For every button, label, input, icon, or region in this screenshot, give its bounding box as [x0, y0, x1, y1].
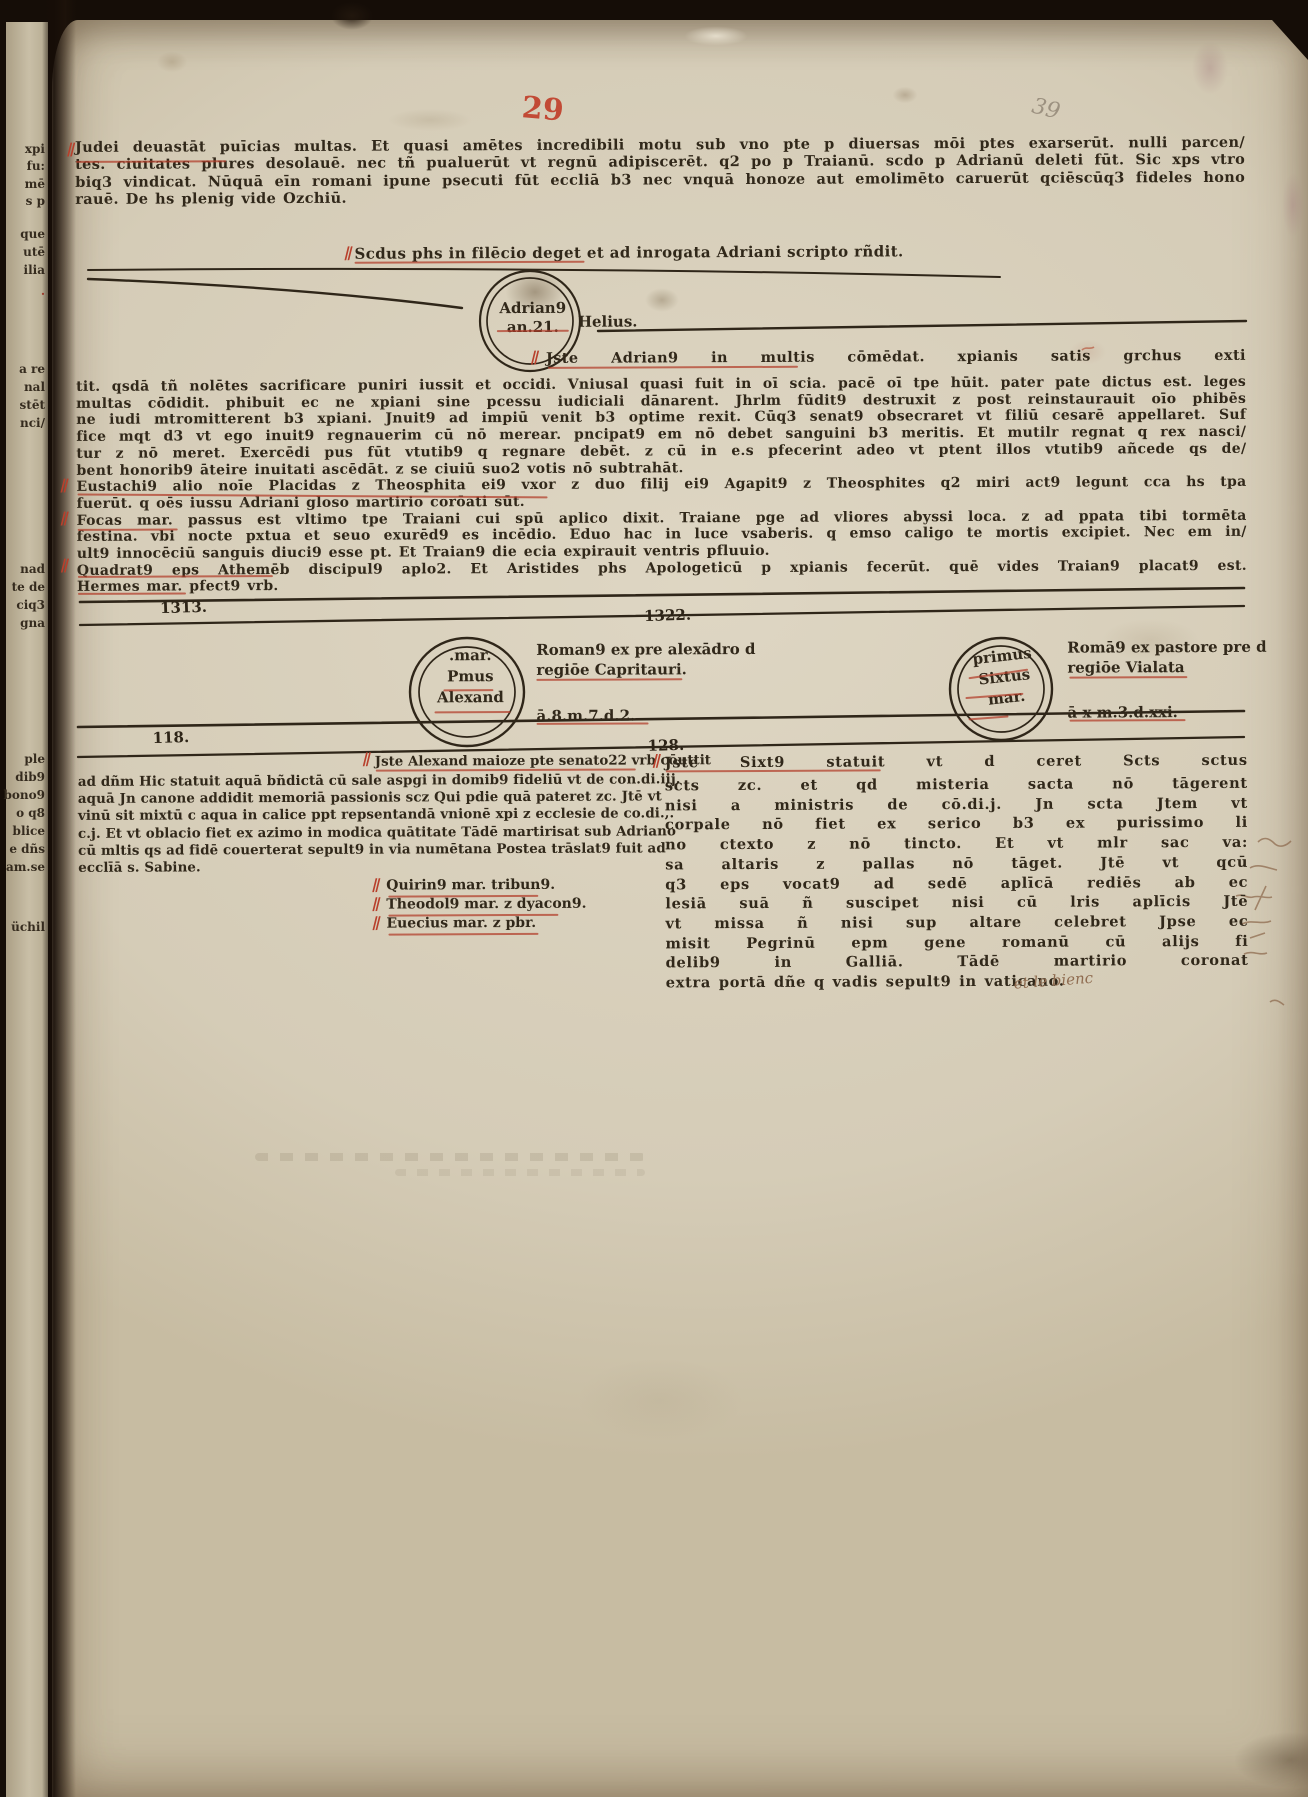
adrian-paragraph-first-line: Jste Adrian9 in multis cōmēdat. xpianis … [546, 347, 1246, 367]
rubric-pilcrow: ∥ [370, 896, 382, 914]
rubric-pilcrow: ∥ [59, 557, 71, 575]
rubrication-underline [666, 769, 881, 772]
rubric-pilcrow: ∥ [370, 877, 382, 895]
alexander-circle-label: .mar.PmusAlexand [408, 645, 532, 709]
text-line: Euecius mar. z pbr. [386, 914, 586, 934]
text-line: extra portā dñe q vadis sepult9 in vatic… [666, 971, 1249, 993]
incunabulum-scan: xpifu:mēs pqueutēilia.a renalstētnci/nad… [0, 0, 1308, 1797]
intro-paragraph: Judei deuastāt puīcias multas. Et quasi … [75, 134, 1245, 208]
text-line: regiōe Vialata [1067, 657, 1266, 677]
text-line: regiōe Capritauri. [536, 659, 755, 679]
alexander-column-heading: Jste Alexand maioze pte senato22 vrb cōu… [375, 752, 661, 769]
sixtus-origin: Romā9 ex pastore pre dregiōe Vialata [1067, 638, 1267, 678]
text-line: delib9 in Galliā. Tādē martirio coronat [666, 951, 1249, 973]
text-line: lesiā suā ñ suscipet nisi cū lris aplīci… [665, 892, 1248, 914]
rubric-pilcrow: ∥ [58, 477, 70, 495]
text-line: misit Pegrinū epm gene romanū cū alijs f… [665, 931, 1248, 953]
text-line: nisi a ministris de cō.di.j. Jn scta Jte… [665, 794, 1248, 816]
text-line: cū mltis qs ad fidē couerterat sepult9 i… [78, 840, 662, 860]
helius-label: Helius. [578, 312, 638, 330]
text-line: Pmus [408, 666, 532, 688]
rubric-pilcrow: ∥ [361, 751, 373, 769]
rubric-pilcrow: ∥ [370, 915, 382, 933]
rubrication-underline [443, 689, 493, 691]
text-line: no ctexto z nō tincto. Et vt mlr sac va: [665, 833, 1248, 855]
rubric-pilcrow: ∥ [58, 510, 70, 528]
rubric-pilcrow: ∥ [529, 349, 541, 367]
text-line: q3 eps vocat9 ad sedē aplīcā rediēs ab e… [665, 872, 1248, 894]
text-line: ecclīā s. Sabine. [78, 857, 662, 877]
text-line: Romā9 ex pastore pre d [1067, 638, 1266, 658]
rubrication-underline [969, 715, 1009, 720]
rubrication-underline [537, 722, 649, 725]
alexander-column: ad dñm Hic statuit aquā bñdictā cū sale … [78, 771, 662, 877]
text-line: Theodol9 mar. z dyacon9. [386, 895, 586, 915]
martyr-list: Quirin9 mar. tribun9.Theodol9 mar. z dya… [386, 876, 586, 934]
text-line: vinū sit mixtū c aqua in calice ppt reps… [78, 806, 662, 826]
timeline-year-left: 1313. [160, 598, 208, 617]
rubrication-underline [536, 678, 682, 681]
timeline-num-left: 118. [152, 728, 189, 747]
rubric-pilcrow: ∥ [342, 245, 354, 263]
timeline-year-right: 1322. [644, 606, 692, 625]
rubrication-underline [1070, 719, 1186, 722]
text-line: an.21. [481, 318, 585, 337]
text-line: corpale nō fiet ex serico b3 ex purissim… [665, 813, 1248, 835]
rubrication-underline [434, 711, 510, 714]
text-line: Roman9 ex pre alexādro d [536, 640, 755, 660]
rubrication-underline [388, 933, 538, 936]
alexander-origin: Roman9 ex pre alexādro dregiōe Capritaur… [536, 640, 755, 680]
sixtus-column: scts zc. et qd misteria sacta nō tāgeren… [665, 774, 1249, 993]
rubrication-underline [548, 366, 798, 369]
folio-number-pencil: 39 [1029, 94, 1062, 125]
text-line: Adrian9 [481, 299, 585, 318]
text-line: scts zc. et qd misteria sacta nō tāgeren… [665, 774, 1248, 796]
section-heading: Scdus phs in filēcio deget et ad inrogat… [354, 242, 903, 262]
text-line: Quirin9 mar. tribun9. [386, 876, 586, 896]
rubrication-underline [1069, 676, 1187, 679]
printed-text-layer: 29 39 Judei deuastāt puīcias multas. Et … [0, 0, 1308, 1797]
folio-number-ink: 29 [520, 90, 565, 128]
text-line: sa altaris z pallas nō tāget. Jtē vt qcū [665, 853, 1248, 875]
adrian-paragraph: tit. qsdā tñ nolētes sacrificare puniri … [76, 374, 1247, 596]
sixtus-column-heading: Jste Sixt9 statuit vt d ceret Scts sctus [665, 752, 1248, 772]
text-line: vt missa ñ nisi sup altare celebret Jpse… [665, 912, 1248, 934]
rubrication-underline [355, 261, 585, 264]
sixtus-circle-label: primusSixtusmar. [949, 640, 1059, 714]
text-line: .mar. [408, 645, 532, 667]
